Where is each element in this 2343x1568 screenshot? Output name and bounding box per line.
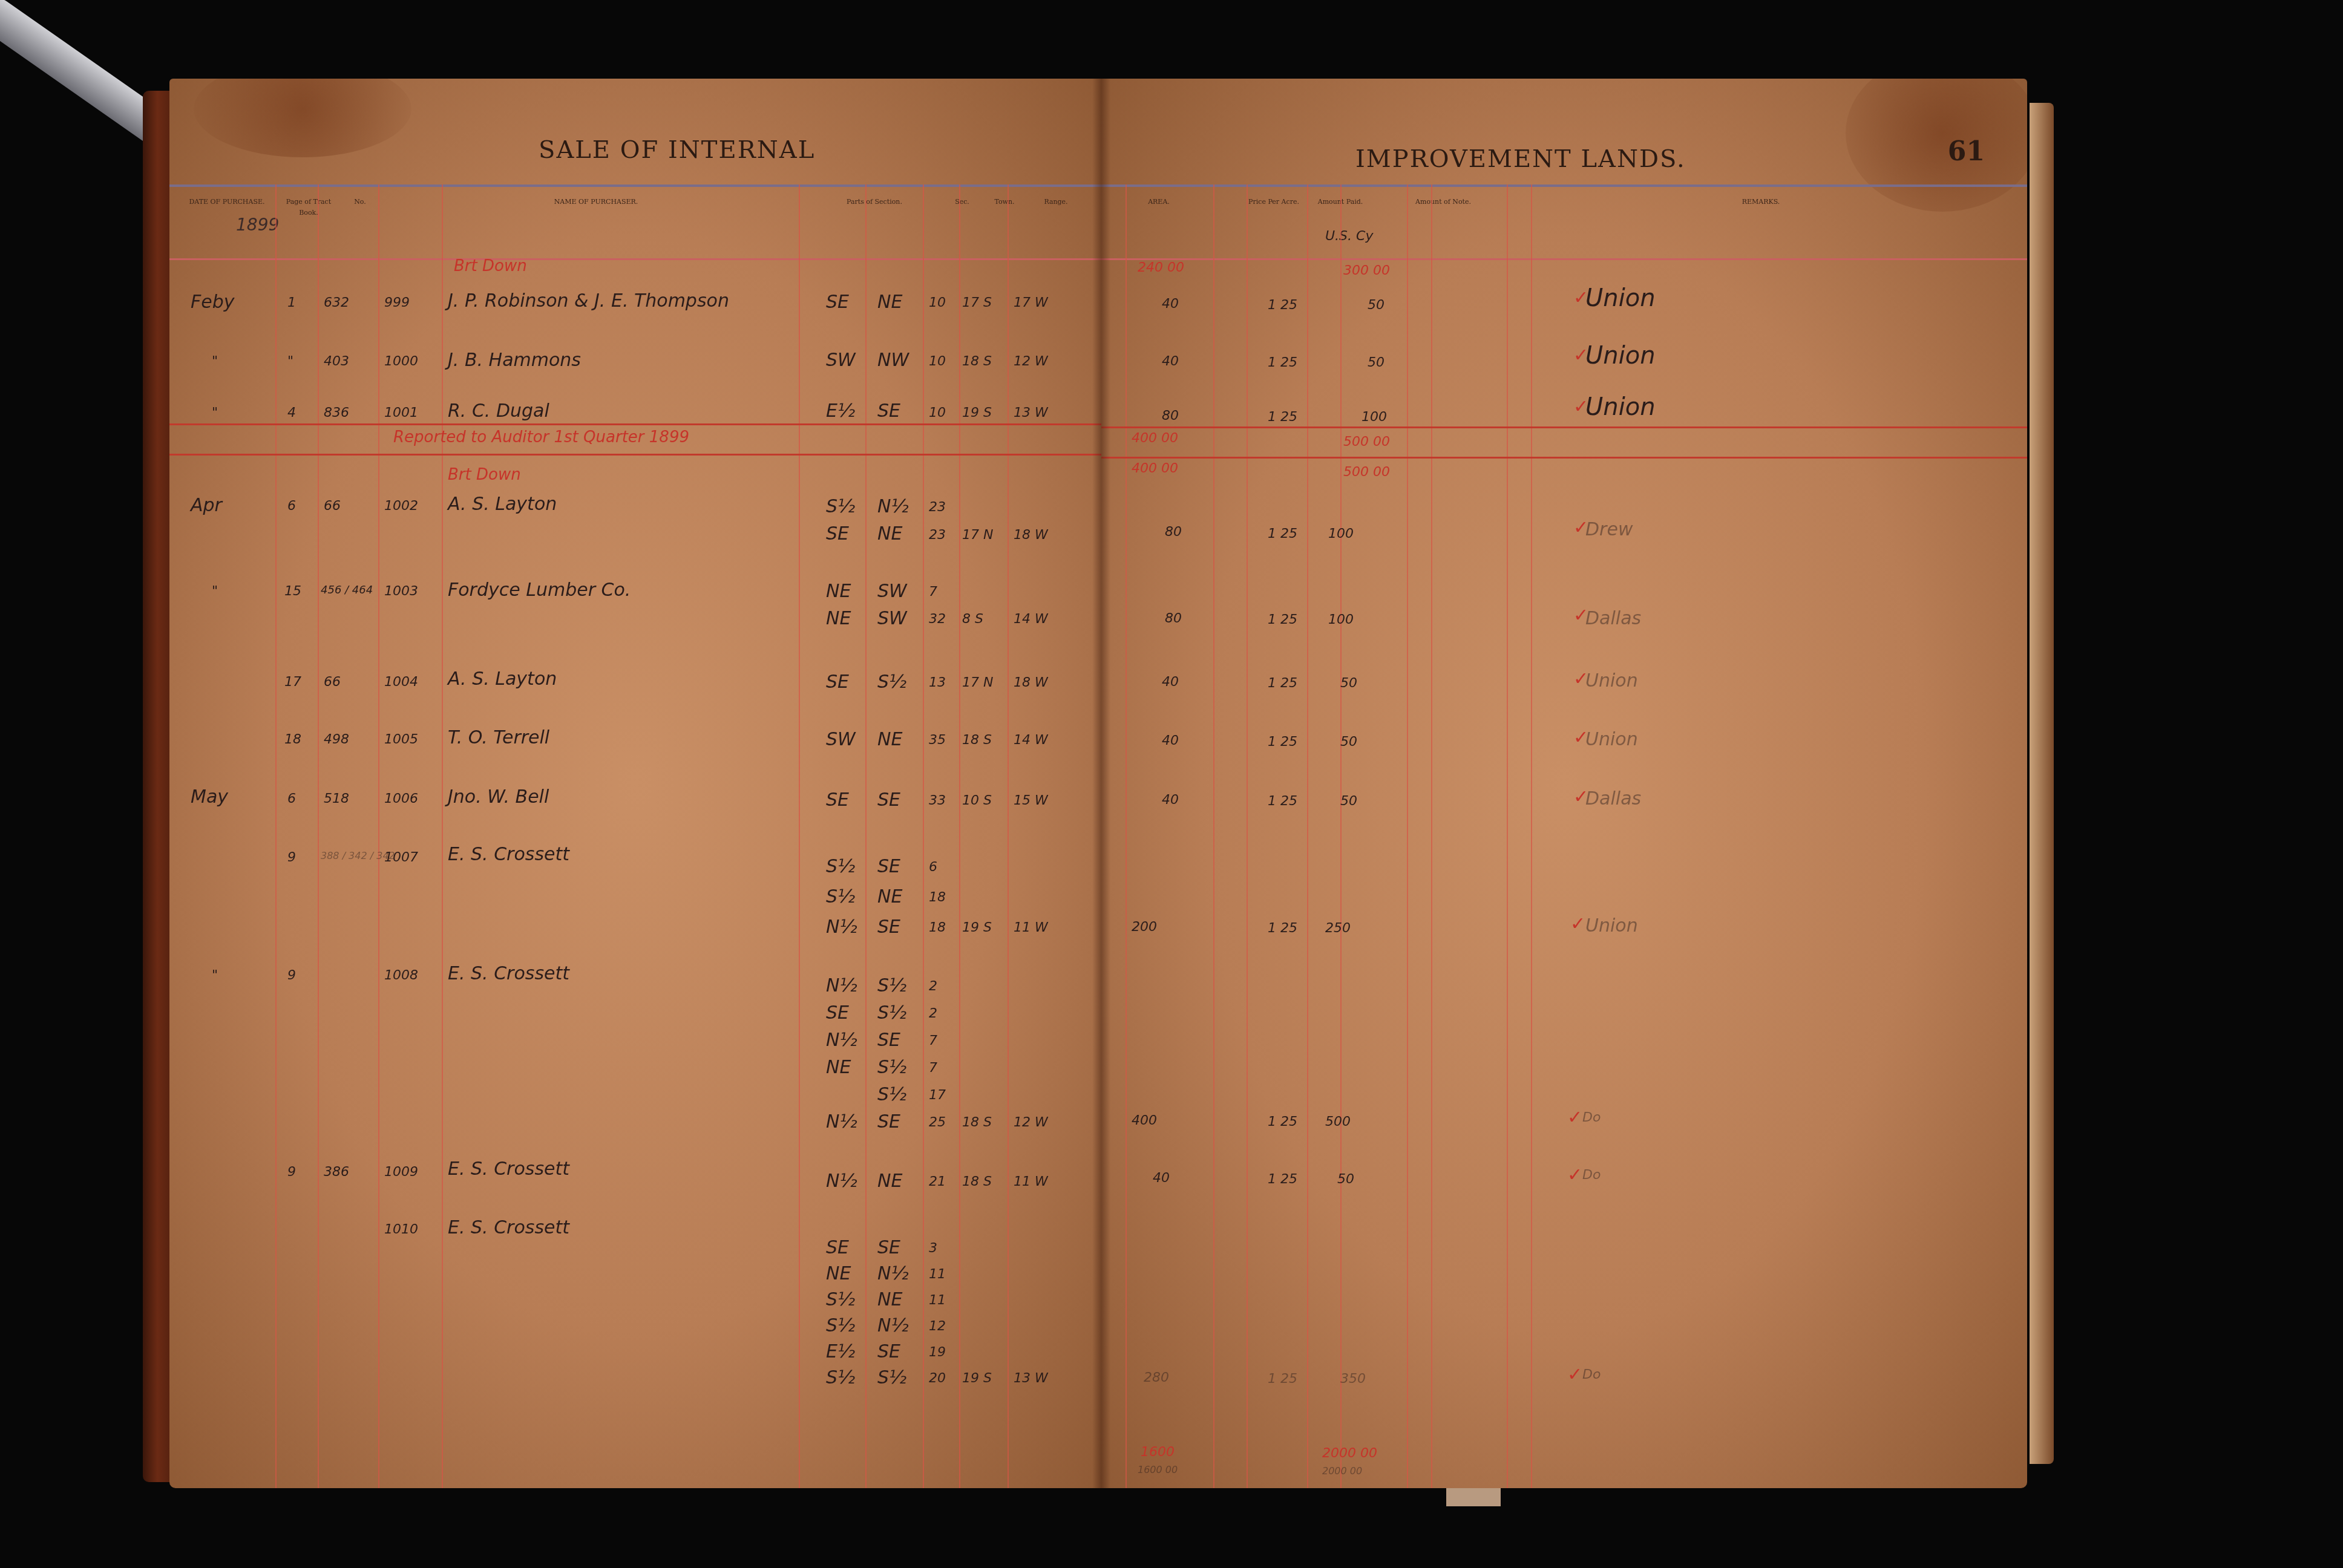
ledger-cell: 32 bbox=[929, 612, 946, 627]
ledger-cell: 280 bbox=[1144, 1370, 1169, 1385]
ledger-cell: 11 bbox=[929, 1293, 946, 1308]
ledger-cell: 6 bbox=[929, 860, 937, 875]
quarter-area-total: 400 00 bbox=[1132, 431, 1178, 446]
ledger-cell: Union bbox=[1585, 393, 1656, 421]
ledger-cell: SE bbox=[826, 671, 849, 693]
right-page: IMPROVEMENT LANDS. 61 AREA. Price Per Ac… bbox=[1101, 79, 2027, 1488]
ledger-cell: 11 W bbox=[1014, 1174, 1048, 1189]
ledger-cell: SE bbox=[826, 292, 849, 313]
ledger-cell: 17 W bbox=[1014, 295, 1048, 310]
total-area-pencil: 1600 00 bbox=[1138, 1464, 1178, 1475]
ledger-cell: 1009 bbox=[384, 1165, 418, 1180]
ledger-cell: " bbox=[212, 405, 218, 420]
purchaser-name: A. S. Layton bbox=[448, 494, 557, 515]
ledger-cell: 100 bbox=[1362, 410, 1387, 425]
ledger-cell: 50 bbox=[1340, 794, 1357, 809]
ledger-cell: 1 25 bbox=[1268, 734, 1297, 750]
purchaser-name: J. P. Robinson & J. E. Thompson bbox=[448, 290, 729, 312]
ledger-cell: 40 bbox=[1162, 354, 1179, 369]
ledger-cell: 19 S bbox=[962, 920, 992, 935]
ledger-cell: 836 bbox=[324, 405, 349, 420]
ledger-cell: 100 bbox=[1328, 526, 1354, 541]
ledger-cell: SE bbox=[877, 1030, 900, 1051]
brought-forward-area: 240 00 bbox=[1138, 260, 1184, 275]
ledger-cell: 1004 bbox=[384, 675, 418, 690]
total-paid-red: 2000 00 bbox=[1322, 1446, 1377, 1461]
ledger-cell: 23 bbox=[929, 500, 946, 515]
ledger-cell: 19 bbox=[929, 1345, 946, 1360]
ledger-cell: 19 S bbox=[962, 1371, 992, 1386]
ledger-cell: 80 bbox=[1165, 611, 1182, 626]
column-rule bbox=[1307, 185, 1308, 1488]
ledger-cell: 50 bbox=[1340, 734, 1357, 750]
ledger-cell: SW bbox=[826, 729, 856, 750]
ledger-cell: 21 bbox=[929, 1174, 946, 1189]
ledger-cell: Union bbox=[1585, 670, 1638, 691]
ledger-cell: S½ bbox=[826, 886, 855, 907]
year-label: 1899 bbox=[236, 215, 279, 235]
ledger-cell: 50 bbox=[1368, 355, 1384, 370]
ledger-cell: 12 W bbox=[1014, 354, 1048, 369]
header-band-right bbox=[1101, 185, 2027, 260]
ledger-cell: Union bbox=[1585, 342, 1656, 370]
ledger-cell: 10 S bbox=[962, 793, 992, 808]
ledger-cell: 15 bbox=[284, 584, 301, 599]
ledger-cell: 6 bbox=[287, 791, 296, 806]
ledger-cell: 50 bbox=[1340, 676, 1357, 691]
col-no: No. bbox=[336, 197, 384, 207]
column-rule bbox=[1407, 185, 1408, 1488]
ledger-cell: 14 W bbox=[1014, 733, 1048, 748]
purchaser-name: Jno. W. Bell bbox=[448, 786, 549, 808]
quarter-report-note: Reported to Auditor 1st Quarter 1899 bbox=[393, 428, 689, 446]
col-amount-of-note: Amount of Note. bbox=[1410, 197, 1476, 207]
ledger-cell: 1 25 bbox=[1268, 794, 1297, 809]
ledger-cell: 18 bbox=[929, 920, 946, 935]
ledger-cell: Do bbox=[1582, 1110, 1601, 1125]
ledger-cell: S½ bbox=[877, 1002, 906, 1024]
column-rule bbox=[442, 185, 443, 1488]
column-rule bbox=[1213, 185, 1214, 1488]
header-band-left bbox=[169, 185, 1101, 260]
col-area: AREA. bbox=[1113, 197, 1204, 207]
col-name-of-purchaser: NAME OF PURCHASER. bbox=[387, 197, 805, 207]
ledger-cell: 1007 bbox=[384, 850, 418, 865]
ledger-cell: S½ bbox=[826, 1315, 855, 1336]
ledger-cell: NE bbox=[877, 886, 902, 907]
ledger-cell: 3 bbox=[929, 1241, 937, 1256]
ledger-cell: 1005 bbox=[384, 732, 418, 747]
ledger-cell: SE bbox=[877, 916, 900, 938]
ledger-cell: 1 25 bbox=[1268, 1371, 1297, 1387]
ledger-cell: 2 bbox=[929, 979, 937, 994]
ledger-cell: 100 bbox=[1328, 612, 1354, 627]
ledger-cell: 9 bbox=[287, 850, 296, 865]
water-stain bbox=[194, 79, 411, 157]
ledger-cell: 400 bbox=[1132, 1113, 1157, 1128]
total-area-red: 1600 bbox=[1141, 1445, 1175, 1460]
ledger-cell: SE bbox=[877, 789, 900, 811]
brought-down-label: Brt Down bbox=[454, 257, 527, 275]
ledger-cell: 12 bbox=[929, 1319, 946, 1334]
ledger-cell: Do bbox=[1582, 1367, 1601, 1382]
col-sec: Sec. bbox=[947, 197, 977, 207]
ledger-cell: NE bbox=[877, 292, 902, 313]
ledger-cell: NE bbox=[826, 581, 851, 602]
col-range: Range. bbox=[1032, 197, 1080, 207]
ledger-cell: NE bbox=[826, 1263, 851, 1284]
ledger-cell: 1 25 bbox=[1268, 298, 1297, 313]
ledger-cell: 10 bbox=[929, 354, 946, 369]
ledger-cell: 18 bbox=[284, 732, 301, 747]
ledger-cell: 6 bbox=[287, 498, 296, 514]
ledger-cell: 23 bbox=[929, 528, 946, 543]
ledger-cell: 17 N bbox=[962, 675, 993, 690]
ledger-cell: 13 bbox=[929, 675, 946, 690]
ledger-cell: 8 S bbox=[962, 612, 983, 627]
ledger-cell: 18 W bbox=[1014, 675, 1048, 690]
carried-area: 400 00 bbox=[1132, 461, 1178, 476]
quarter-paid-total: 500 00 bbox=[1343, 434, 1390, 449]
ledger-cell: S½ bbox=[877, 1057, 906, 1078]
ledger-cell: 19 S bbox=[962, 405, 992, 420]
column-rule bbox=[318, 185, 319, 1488]
ledger-cell: 18 S bbox=[962, 1115, 992, 1130]
ledger-cell: " bbox=[287, 354, 293, 369]
ledger-cell: E½ bbox=[826, 1341, 855, 1362]
ledger-cell: 350 bbox=[1340, 1371, 1366, 1387]
ledger-cell: Union bbox=[1585, 729, 1638, 750]
ledger-cell: 9 bbox=[287, 1165, 296, 1180]
purchaser-name: A. S. Layton bbox=[448, 668, 557, 690]
ledger-cell: 40 bbox=[1162, 675, 1179, 690]
ledger-cell: 7 bbox=[929, 584, 937, 599]
ledger-cell: 17 bbox=[284, 675, 301, 690]
ledger-cell: Apr bbox=[191, 495, 222, 516]
ledger-cell: S½ bbox=[826, 496, 855, 517]
ledger-cell: 9 bbox=[287, 968, 296, 983]
purchaser-name: E. S. Crossett bbox=[448, 844, 569, 865]
ledger-cell: May bbox=[191, 786, 228, 808]
ledger-cell: Drew bbox=[1585, 519, 1633, 540]
ledger-cell: 1 25 bbox=[1268, 1172, 1297, 1187]
ledger-cell: N½ bbox=[826, 975, 857, 996]
ledger-cell: 33 bbox=[929, 793, 946, 808]
ledger-cell: 18 S bbox=[962, 733, 992, 748]
page-edges bbox=[2030, 103, 2054, 1464]
ledger-cell: SE bbox=[877, 1341, 900, 1362]
ledger-cell: NE bbox=[877, 1289, 902, 1310]
ledger-cell: 1002 bbox=[384, 498, 418, 514]
quarter-rule-top bbox=[1101, 426, 2027, 428]
ledger-cell: 18 S bbox=[962, 1174, 992, 1189]
carried-paid: 500 00 bbox=[1343, 465, 1390, 480]
ledger-cell: 632 bbox=[324, 295, 349, 310]
ledger-cell: S½ bbox=[826, 856, 855, 877]
ledger-cell: 15 W bbox=[1014, 793, 1048, 808]
ledger-cell: 1 25 bbox=[1268, 526, 1297, 541]
ledger-cell: S½ bbox=[877, 671, 906, 693]
ledger-cell: 50 bbox=[1337, 1172, 1354, 1187]
currency-note: U.S. Cy bbox=[1325, 229, 1373, 244]
page-title-left: SALE OF INTERNAL bbox=[539, 136, 815, 164]
ledger-cell: 20 bbox=[929, 1371, 946, 1386]
ledger-cell: Do bbox=[1582, 1168, 1601, 1183]
column-rule bbox=[1531, 185, 1532, 1488]
purchaser-name: J. B. Hammons bbox=[448, 350, 581, 371]
purchaser-name: Fordyce Lumber Co. bbox=[448, 580, 631, 601]
ledger-cell: 35 bbox=[929, 733, 946, 748]
ledger-cell: 498 bbox=[324, 732, 349, 747]
ledger-cell: 500 bbox=[1325, 1114, 1351, 1129]
ledger-cell: 456 / 464 bbox=[321, 584, 373, 596]
carried-down-label: Brt Down bbox=[448, 466, 521, 484]
ledger-cell: Union bbox=[1585, 915, 1638, 936]
purchaser-name: E. S. Crossett bbox=[448, 1217, 569, 1238]
column-rule bbox=[1340, 185, 1342, 1488]
column-rule bbox=[1008, 185, 1009, 1488]
paper-tab bbox=[1446, 1488, 1501, 1506]
ledger-cell: SE bbox=[826, 1002, 849, 1024]
purchaser-name: E. S. Crossett bbox=[448, 1158, 569, 1180]
col-town: Town. bbox=[983, 197, 1026, 207]
ledger-cell: 1006 bbox=[384, 791, 418, 806]
ledger-cell: 1001 bbox=[384, 405, 418, 420]
ledger-cell: NE bbox=[826, 1057, 851, 1078]
ledger-cell: 403 bbox=[324, 354, 349, 369]
column-rule bbox=[1126, 185, 1127, 1488]
ledger-cell: 11 W bbox=[1014, 920, 1048, 935]
ledger-cell: 80 bbox=[1162, 408, 1179, 423]
ledger-cell: E½ bbox=[826, 400, 855, 422]
col-price-per-acre: Price Per Acre. bbox=[1247, 197, 1301, 207]
column-rule bbox=[923, 185, 924, 1488]
ledger-cell: S½ bbox=[826, 1289, 855, 1310]
ledger-cell: SE bbox=[826, 1237, 849, 1258]
ledger-cell: 17 S bbox=[962, 295, 992, 310]
ledger-cell: N½ bbox=[826, 916, 857, 938]
ledger-cell: 250 bbox=[1325, 921, 1351, 936]
column-rule bbox=[1247, 185, 1248, 1488]
col-page-tract-book: Page of Tract Book. bbox=[284, 197, 333, 218]
ledger-cell: 40 bbox=[1162, 733, 1179, 748]
ledger-cell: SW bbox=[877, 608, 907, 629]
ledger-cell: NE bbox=[877, 523, 902, 544]
ledger-cell: S½ bbox=[826, 1367, 855, 1388]
ledger-cell: 518 bbox=[324, 791, 349, 806]
check-mark-icon: ✓ bbox=[1567, 1107, 1582, 1128]
ledger-cell: " bbox=[212, 584, 218, 599]
check-mark-icon: ✓ bbox=[1567, 1165, 1582, 1186]
column-rule bbox=[799, 185, 800, 1488]
ledger-cell: 1 bbox=[287, 295, 296, 310]
column-rule bbox=[865, 185, 867, 1488]
purchaser-name: E. S. Crossett bbox=[448, 963, 569, 984]
ledger-cell: 40 bbox=[1162, 296, 1179, 312]
brought-forward-paid: 300 00 bbox=[1343, 263, 1390, 278]
ledger-cell: 10 bbox=[929, 295, 946, 310]
ledger-cell: NW bbox=[877, 350, 909, 371]
ledger-cell: 18 S bbox=[962, 354, 992, 369]
ledger-cell: 13 W bbox=[1014, 1371, 1048, 1386]
ledger-cell: 1 25 bbox=[1268, 612, 1297, 627]
ledger-cell: 2 bbox=[929, 1006, 937, 1021]
ledger-cell: 13 W bbox=[1014, 405, 1048, 420]
ledger-cell: 1 25 bbox=[1268, 355, 1297, 370]
quarter-rule-bottom bbox=[169, 454, 1101, 456]
book-gutter bbox=[1092, 79, 1110, 1488]
column-rule bbox=[1431, 185, 1432, 1488]
ledger-cell: N½ bbox=[826, 1171, 857, 1192]
page-title-right: IMPROVEMENT LANDS. bbox=[1355, 145, 1686, 173]
ledger-cell: " bbox=[212, 968, 218, 983]
col-date-of-purchase: DATE OF PURCHASE. bbox=[182, 197, 272, 207]
col-remarks: REMARKS. bbox=[1513, 197, 2009, 207]
quarter-rule-top bbox=[169, 423, 1101, 425]
ledger-cell: 14 W bbox=[1014, 612, 1048, 627]
ledger-cell: SE bbox=[877, 856, 900, 877]
ledger-cell: 40 bbox=[1162, 792, 1179, 808]
ledger-cell: SE bbox=[826, 523, 849, 544]
ledger-cell: N½ bbox=[826, 1111, 857, 1132]
ledger-cell: 1 25 bbox=[1268, 921, 1297, 936]
ledger-cell: 7 bbox=[929, 1033, 937, 1048]
ledger-cell: 18 W bbox=[1014, 528, 1048, 543]
check-mark-icon: ✓ bbox=[1570, 913, 1585, 935]
ledger-cell: 12 W bbox=[1014, 1115, 1048, 1130]
ledger-cell: 1008 bbox=[384, 968, 418, 983]
ledger-cell: SW bbox=[826, 350, 856, 371]
ledger-cell: 17 N bbox=[962, 528, 993, 543]
ledger-cell: NE bbox=[826, 608, 851, 629]
ledger-cell: 66 bbox=[324, 675, 341, 690]
check-mark-icon: ✓ bbox=[1567, 1364, 1582, 1385]
ledger-cell: 66 bbox=[324, 498, 341, 514]
ledger-cell: 80 bbox=[1165, 524, 1182, 540]
ledger-cell: SE bbox=[877, 1111, 900, 1132]
col-parts-of-section: Parts of Section. bbox=[811, 197, 938, 207]
ledger-cell: 25 bbox=[929, 1115, 946, 1130]
column-rule bbox=[378, 185, 379, 1488]
column-rule bbox=[959, 185, 960, 1488]
ledger-cell: 7 bbox=[929, 1060, 937, 1076]
column-rule bbox=[275, 185, 277, 1488]
ledger-cell: 386 bbox=[324, 1165, 349, 1180]
ledger-cell: 1000 bbox=[384, 354, 418, 369]
ledger-cell: 4 bbox=[287, 405, 296, 420]
ledger-cell: 1 25 bbox=[1268, 410, 1297, 425]
ledger-cell: 999 bbox=[384, 295, 410, 310]
ledger-cell: N½ bbox=[826, 1030, 857, 1051]
ledger-cell: 10 bbox=[929, 405, 946, 420]
ledger-cell: 11 bbox=[929, 1267, 946, 1282]
left-page: SALE OF INTERNAL DATE OF PURCHASE. Page … bbox=[169, 79, 1101, 1488]
ledger-cell: N½ bbox=[877, 1315, 909, 1336]
ledger-cell: 1 25 bbox=[1268, 1114, 1297, 1129]
ledger-cell: 1003 bbox=[384, 584, 418, 599]
ledger-cell: SE bbox=[877, 400, 900, 422]
ledger-cell: 1 25 bbox=[1268, 676, 1297, 691]
total-paid-pencil: 2000 00 bbox=[1322, 1465, 1362, 1477]
ledger-cell: SW bbox=[877, 581, 907, 602]
ledger-cell: Dallas bbox=[1585, 788, 1641, 809]
purchaser-name: T. O. Terrell bbox=[448, 727, 549, 748]
ledger-cell: 18 bbox=[929, 890, 946, 905]
ledger-cell: 200 bbox=[1132, 920, 1157, 935]
ledger-cell: 1010 bbox=[384, 1222, 418, 1237]
quarter-rule-bottom bbox=[1101, 457, 2027, 459]
ledger-cell: SE bbox=[826, 789, 849, 811]
ledger-cell: 17 bbox=[929, 1088, 946, 1103]
ledger-cell: SE bbox=[877, 1237, 900, 1258]
ledger-cell: Feby bbox=[191, 292, 235, 313]
ledger-cell: 40 bbox=[1153, 1171, 1170, 1186]
purchaser-name: R. C. Dugal bbox=[448, 400, 549, 422]
ledger-cell: N½ bbox=[877, 496, 909, 517]
ledger-cell: Union bbox=[1585, 284, 1656, 312]
ledger-cell: NE bbox=[877, 1171, 902, 1192]
ledger-cell: S½ bbox=[877, 1084, 906, 1105]
column-rule bbox=[1507, 185, 1508, 1488]
ledger-cell: " bbox=[212, 354, 218, 369]
ledger-cell: Dallas bbox=[1585, 608, 1641, 629]
ledger-cell: S½ bbox=[877, 975, 906, 996]
ledger-cell: S½ bbox=[877, 1367, 906, 1388]
ledger-cell: N½ bbox=[877, 1263, 909, 1284]
page-number: 61 bbox=[1948, 136, 1985, 167]
ledger-cell: NE bbox=[877, 729, 902, 750]
ledger-book: SALE OF INTERNAL DATE OF PURCHASE. Page … bbox=[151, 79, 2045, 1494]
ledger-cell: 50 bbox=[1368, 298, 1384, 313]
